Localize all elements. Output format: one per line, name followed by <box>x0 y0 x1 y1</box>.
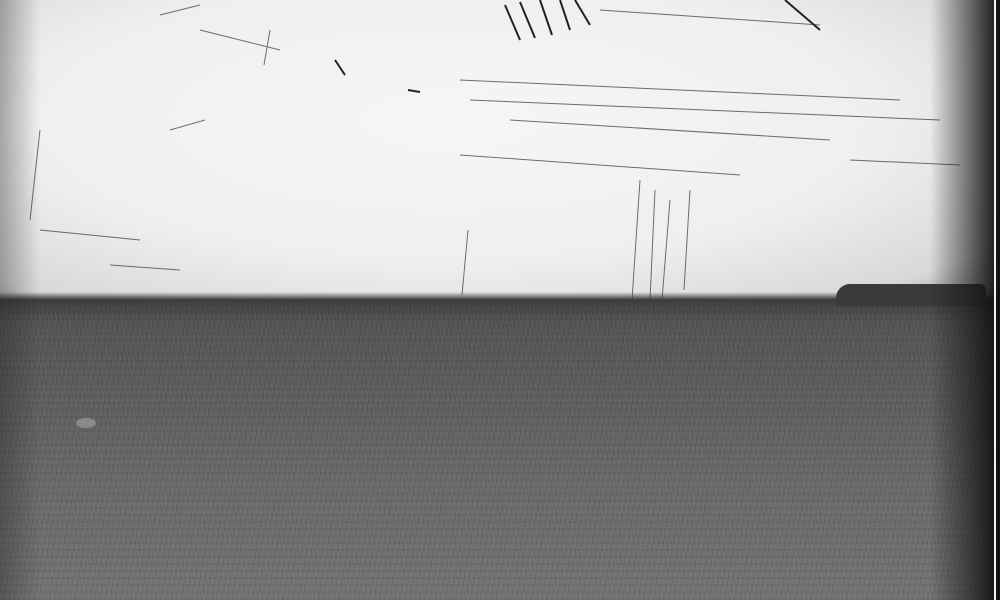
landscape-photo <box>0 0 1000 600</box>
grass-texture <box>0 300 1000 600</box>
left-vignette <box>0 0 40 600</box>
right-plate-edge <box>930 0 1000 600</box>
frame-border-line <box>994 0 996 600</box>
field-stone <box>76 418 96 428</box>
